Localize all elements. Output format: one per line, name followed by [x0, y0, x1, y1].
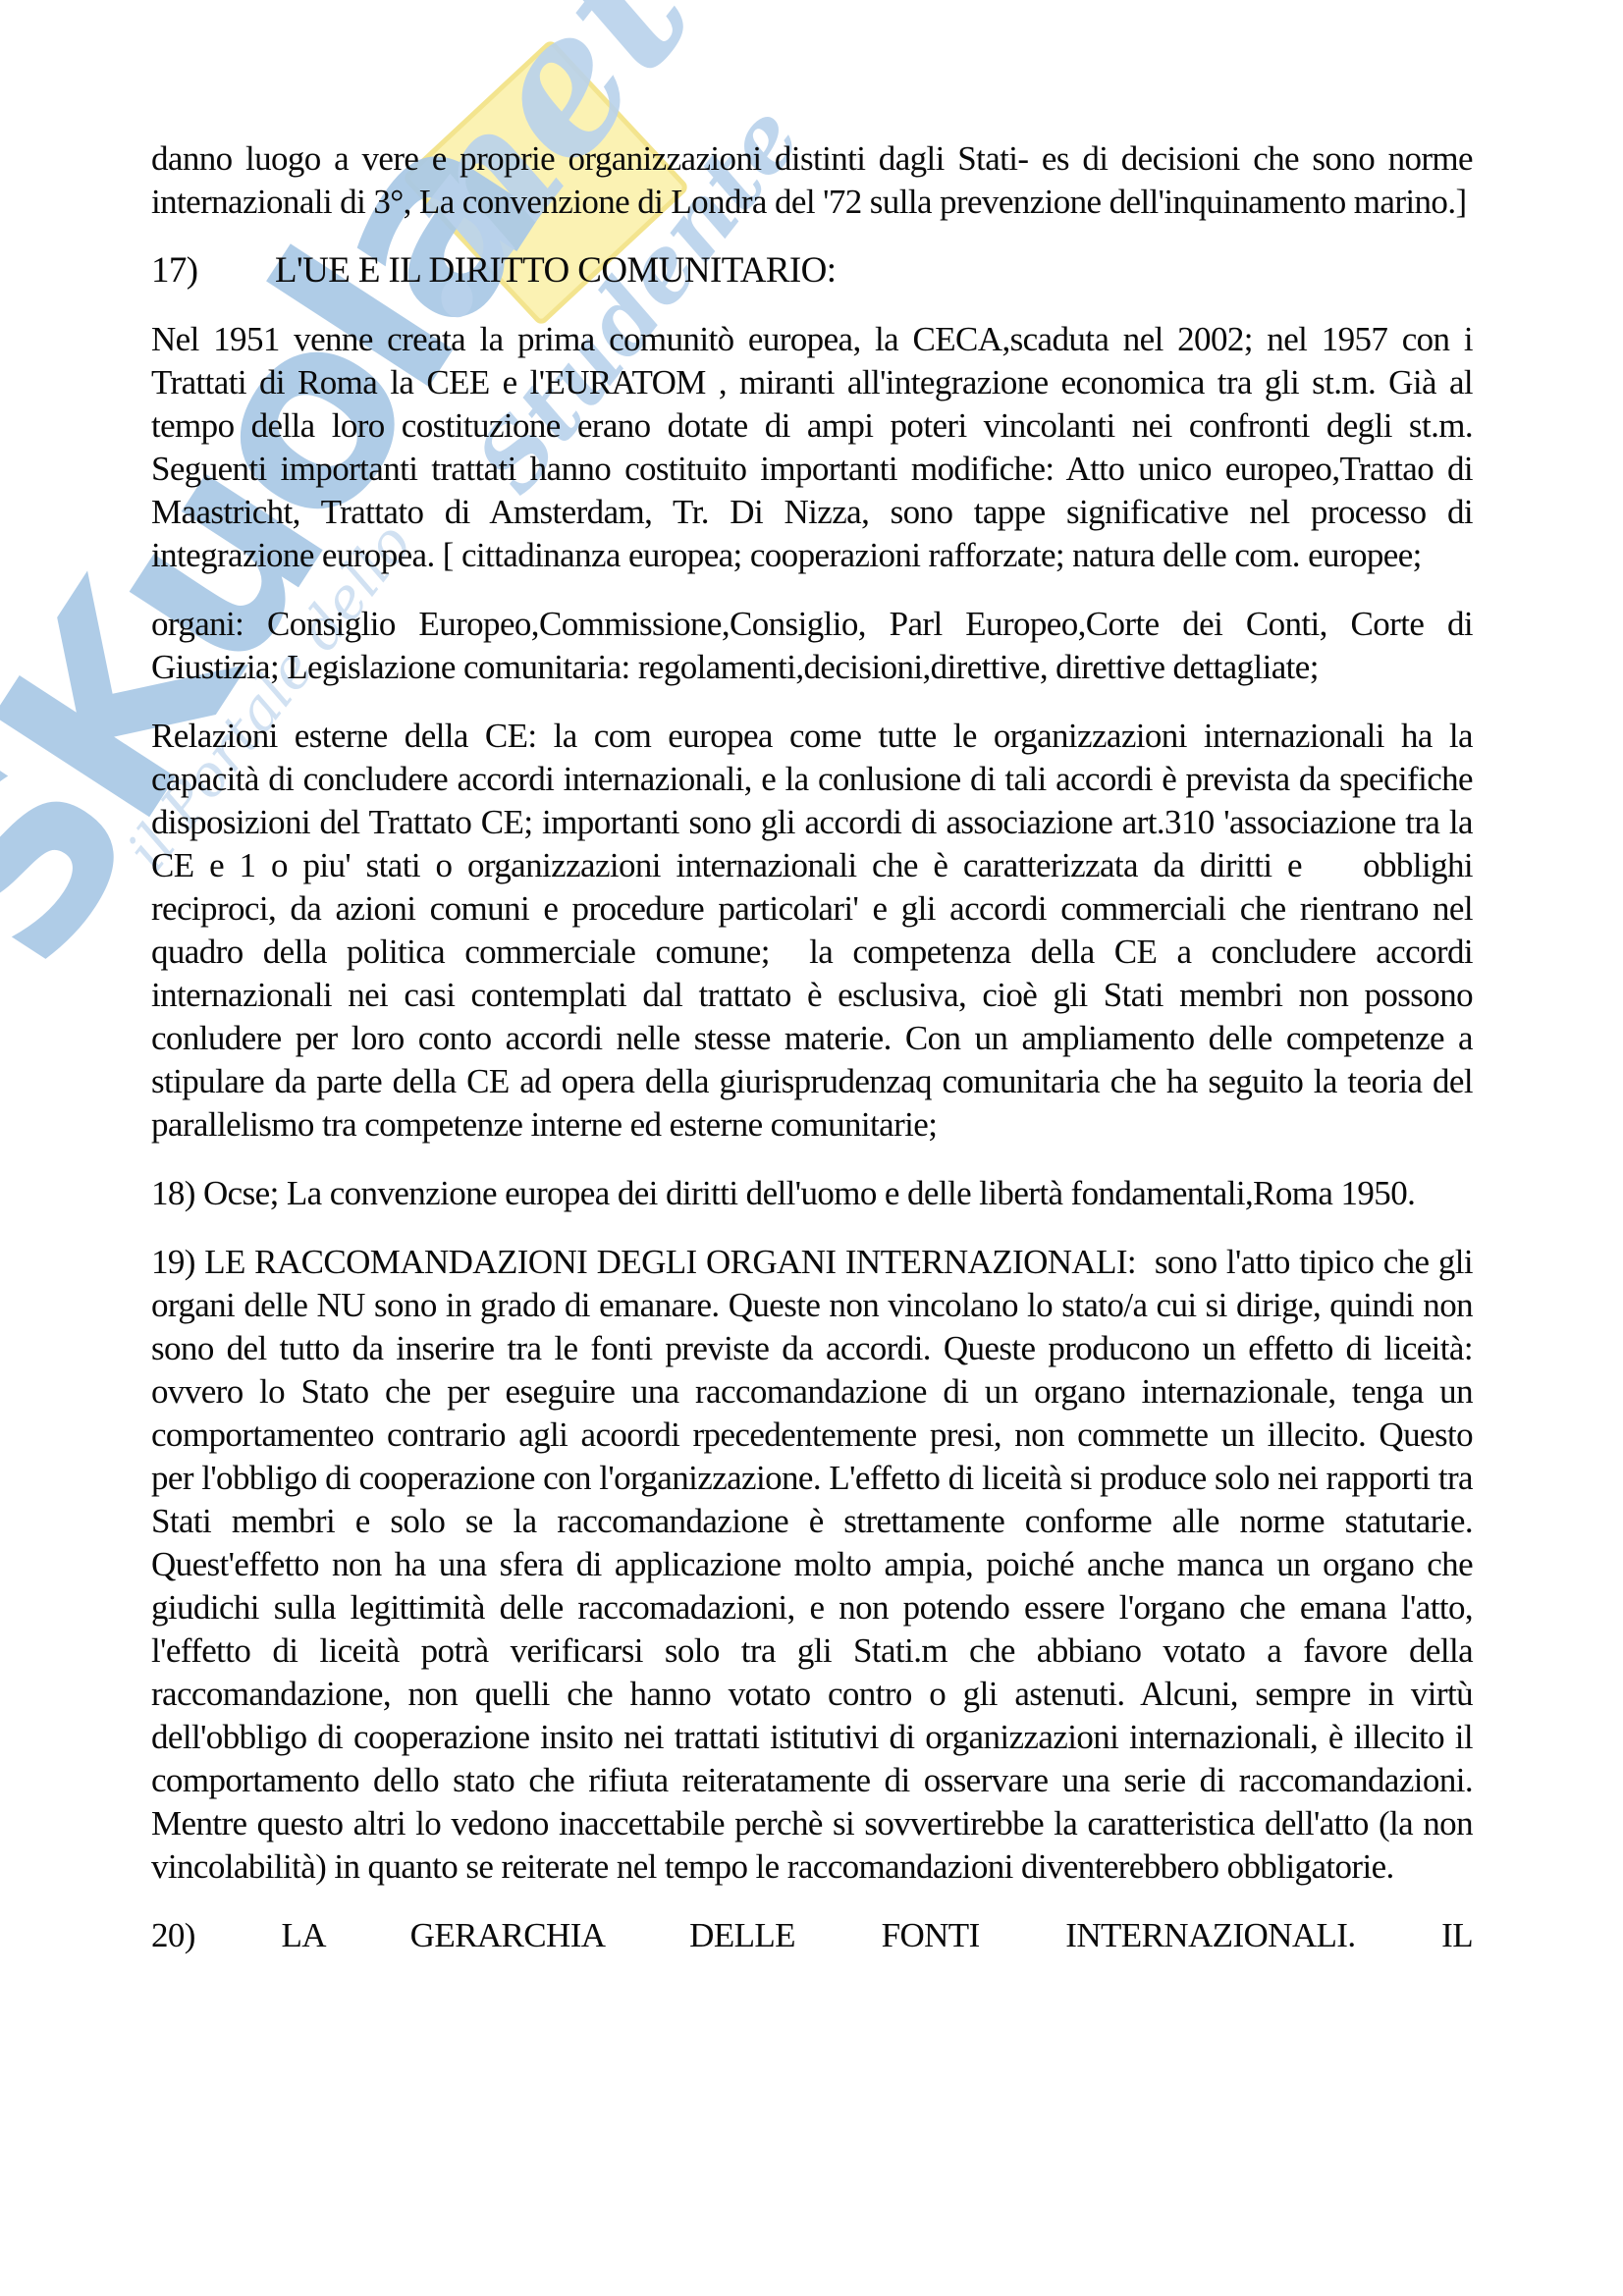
paragraph-ue-history: Nel 1951 venne creata la prima comunitò …: [151, 318, 1473, 577]
document-text-column: danno luogo a vere e proprie organizzazi…: [151, 137, 1473, 1983]
document-page: { "theme": { "page_bg": "#ffffff", "text…: [0, 0, 1623, 2296]
section-title: L'UE E IL DIRITTO COMUNITARIO:: [275, 250, 836, 291]
paragraph-relazioni-esterne: Relazioni esterne della CE: la com europ…: [151, 715, 1473, 1147]
section-heading-17: 17)L'UE E IL DIRITTO COMUNITARIO:: [151, 249, 1473, 293]
paragraph-19-raccomandazioni: 19) LE RACCOMANDAZIONI DEGLI ORGANI INTE…: [151, 1241, 1473, 1889]
paragraph-organi: organi: Consiglio Europeo,Commissione,Co…: [151, 603, 1473, 689]
paragraph-bracket-close: danno luogo a vere e proprie organizzazi…: [151, 137, 1473, 224]
paragraph-18-ocse: 18) Ocse; La convenzione europea dei dir…: [151, 1172, 1473, 1215]
paragraph-20-gerarchia: 20) LA GERARCHIA DELLE FONTI INTERNAZION…: [151, 1914, 1473, 1957]
section-number: 17): [151, 249, 275, 293]
